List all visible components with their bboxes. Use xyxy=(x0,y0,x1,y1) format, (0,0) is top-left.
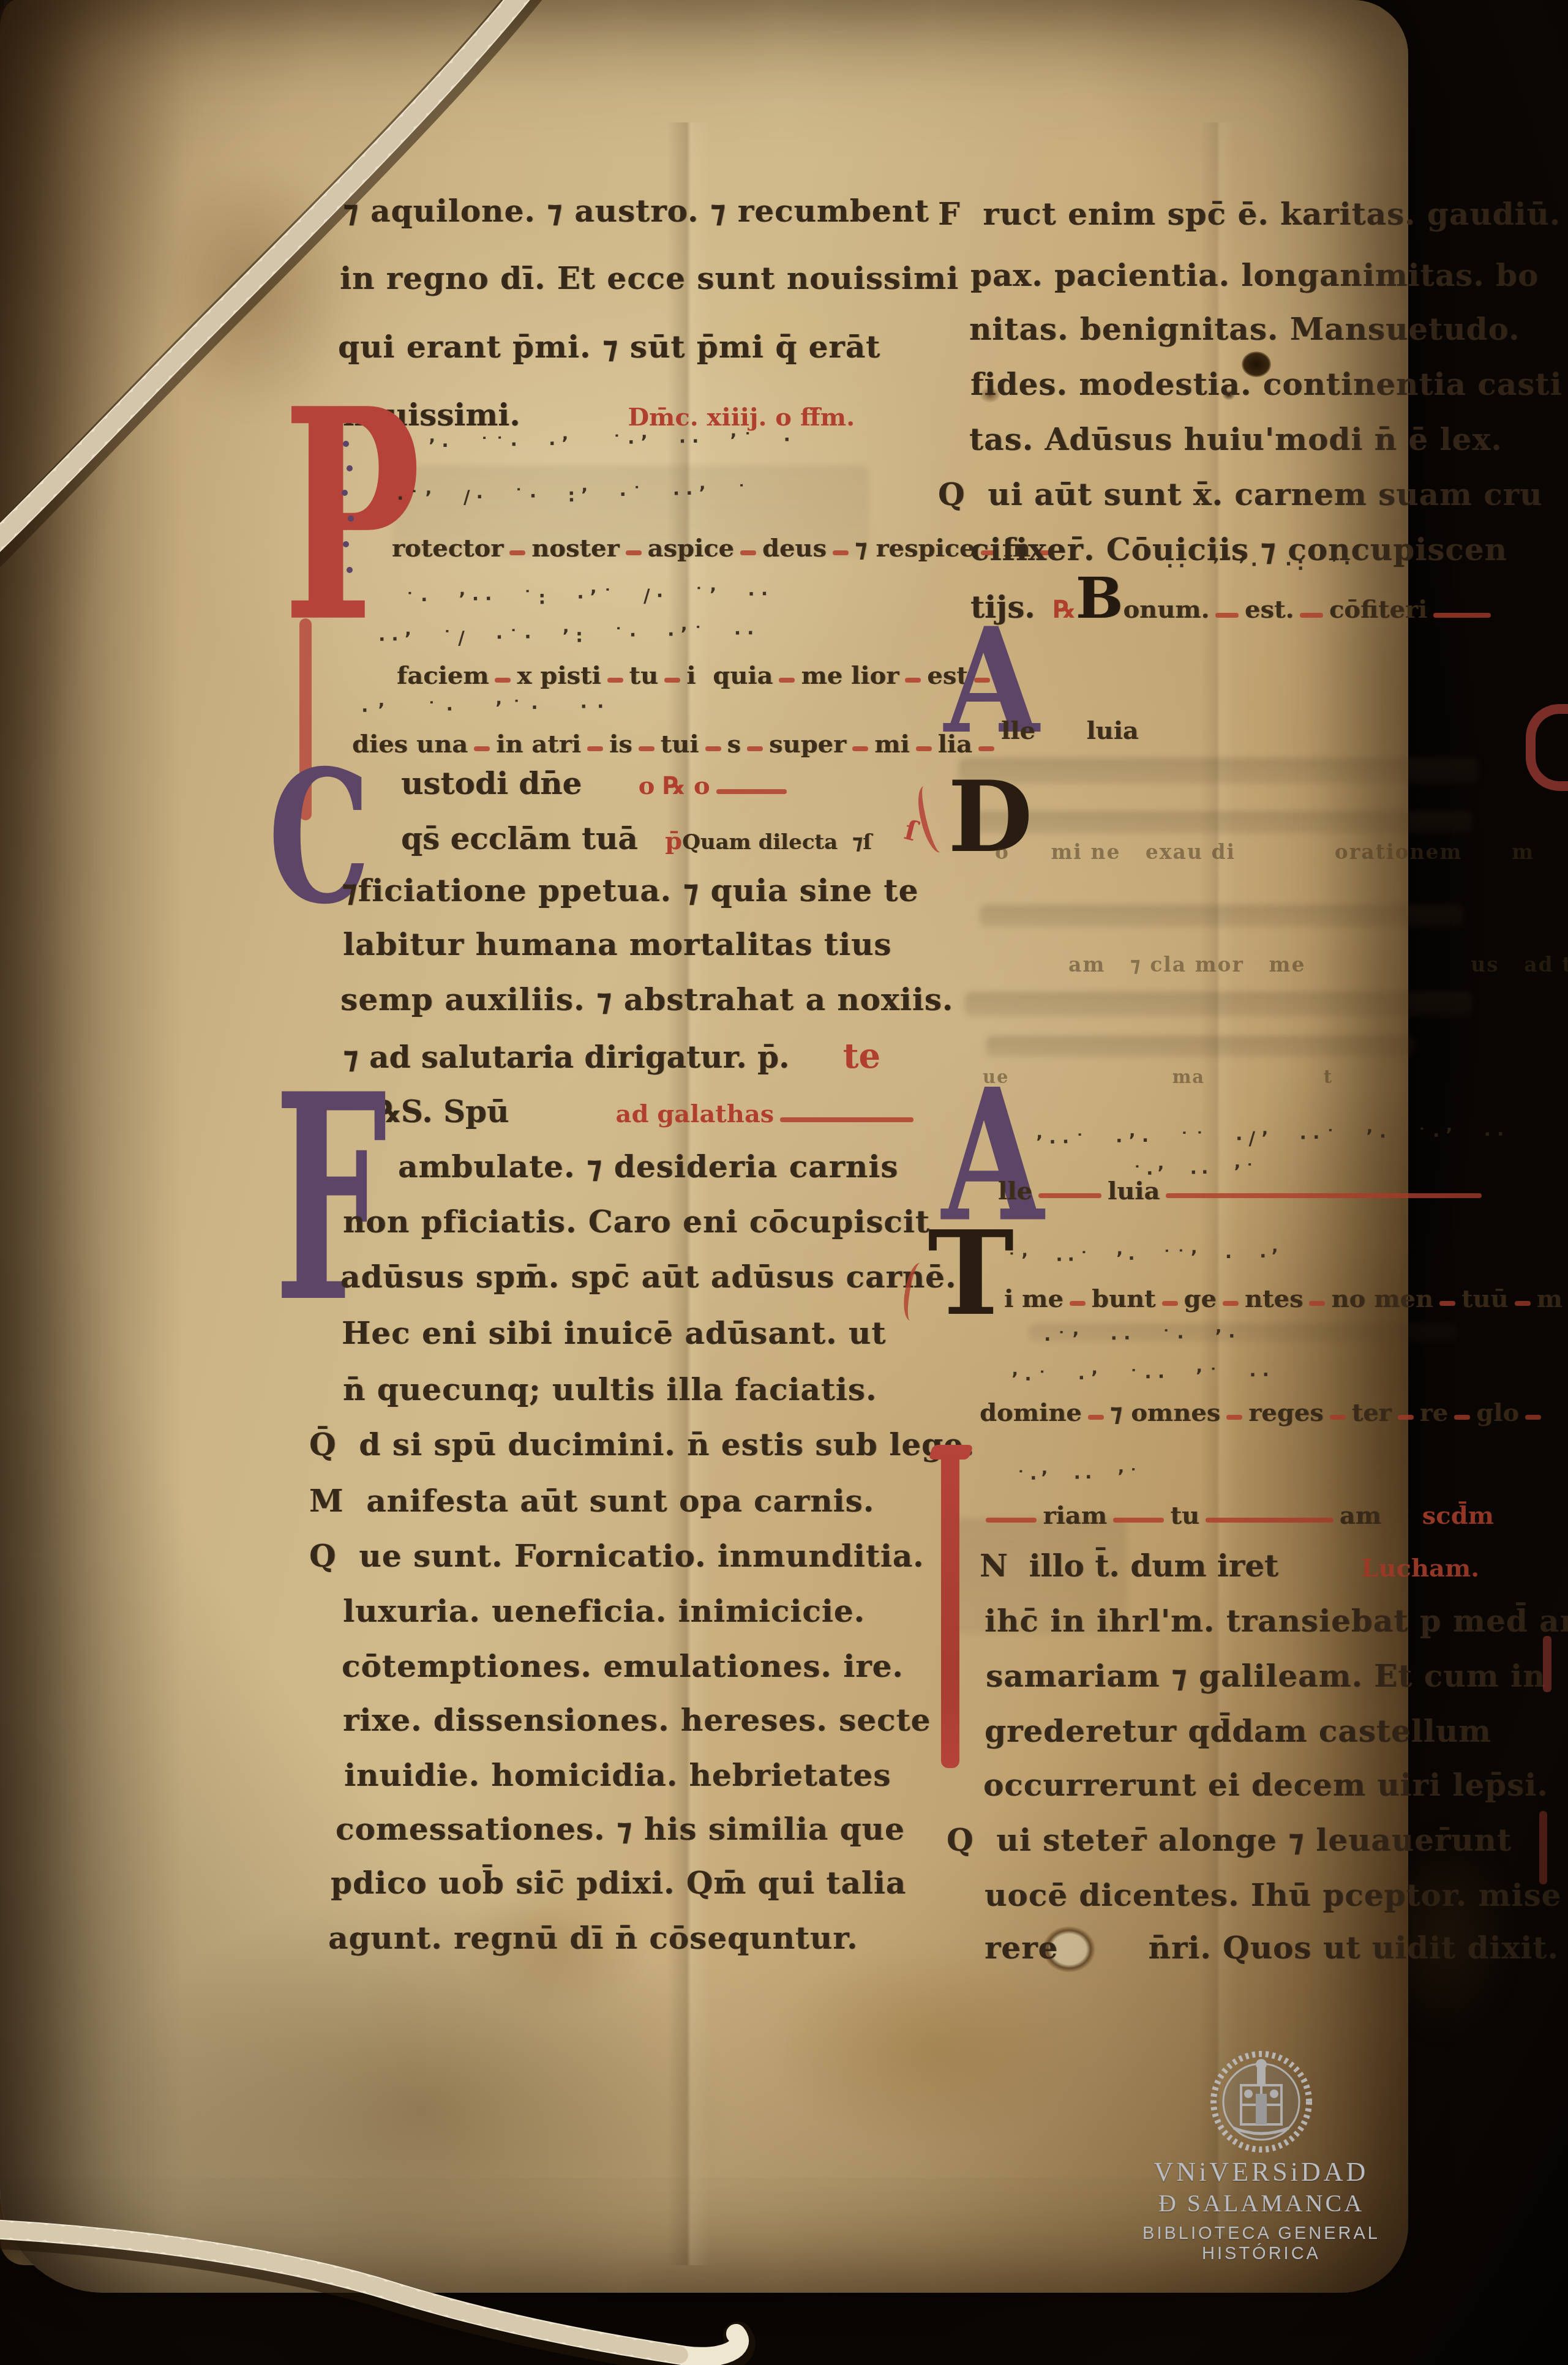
bookmark-cord xyxy=(0,0,1568,2365)
watermark-de-salamanca: Ð SALAMANCA xyxy=(1096,2189,1427,2217)
manuscript-photo: ⁊ aquilone. ⁊ austro. ⁊ recumbent in reg… xyxy=(0,0,1568,2365)
watermark-library-name: BIBLIOTECA GENERAL HISTÓRICA xyxy=(1096,2224,1427,2264)
university-seal-icon xyxy=(1209,2050,1313,2154)
library-watermark: VNiVERSiDAD Ð SALAMANCA BIBLIOTECA GENER… xyxy=(1096,2050,1427,2264)
watermark-university-name: VNiVERSiDAD xyxy=(1096,2156,1427,2187)
